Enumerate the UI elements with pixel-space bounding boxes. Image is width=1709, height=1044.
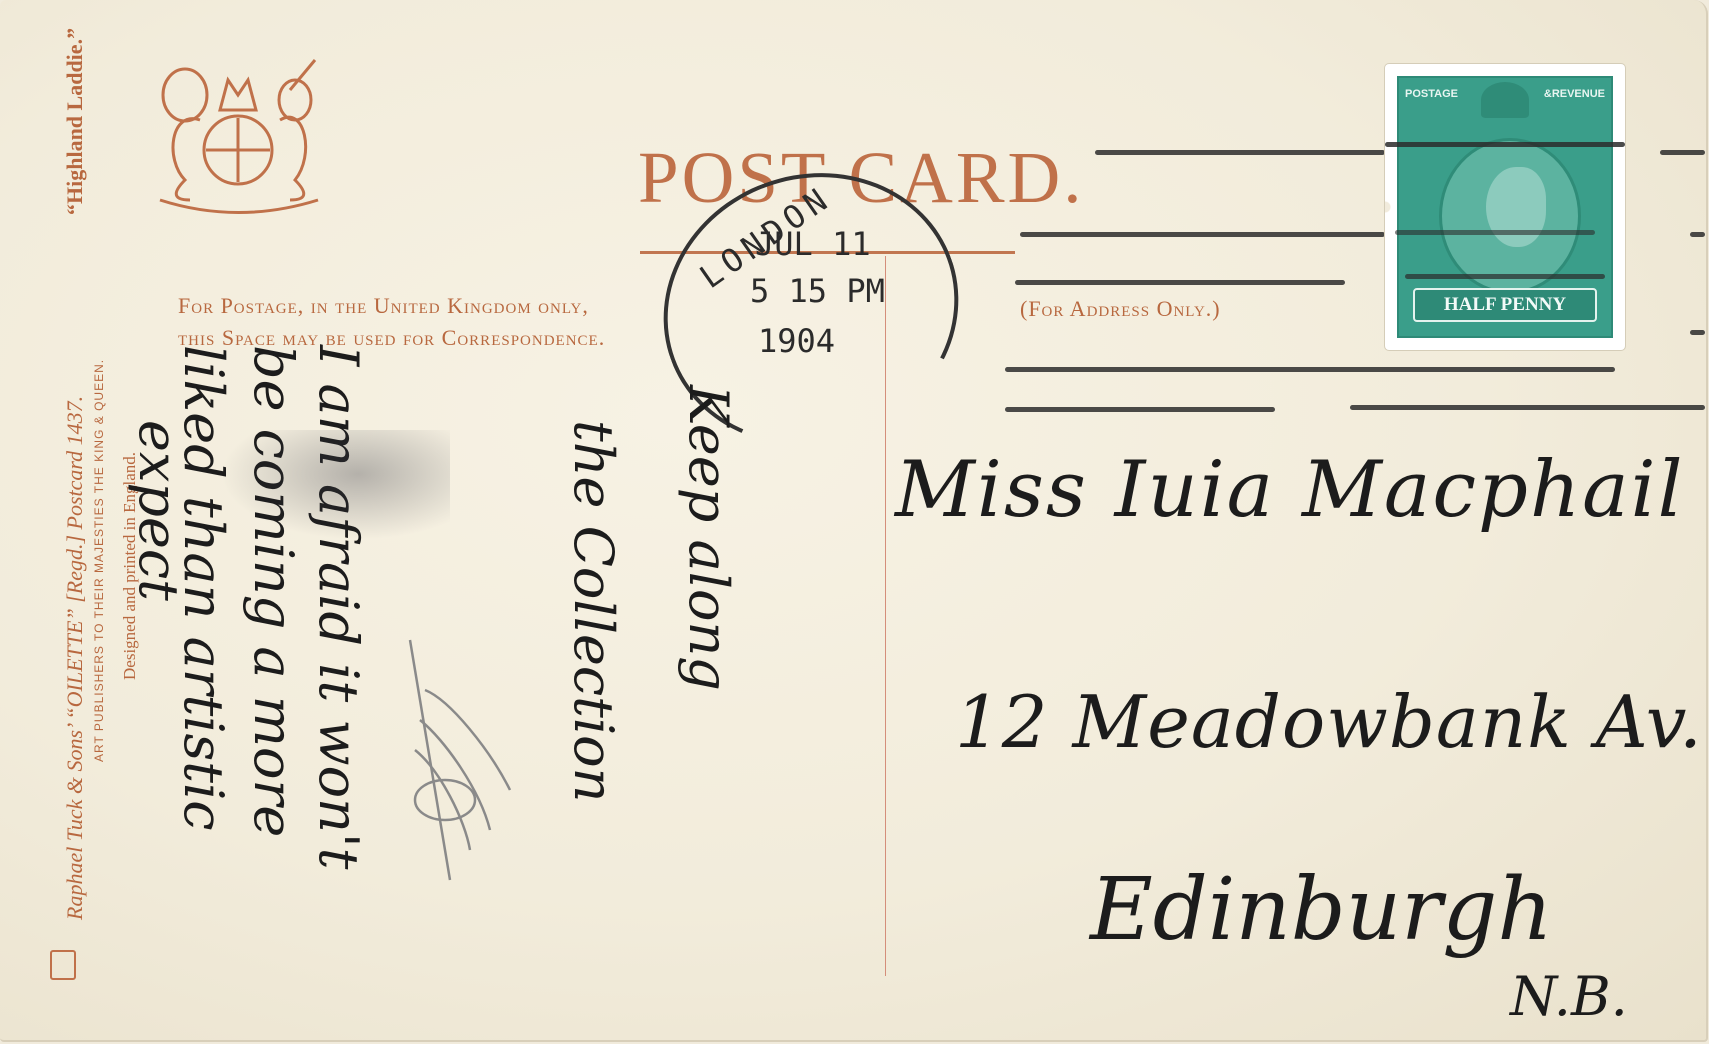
postmark-year: 1904 — [758, 322, 835, 360]
publisher-line: Raphael Tuck & Sons’ “OILETTE” [Regd.] P… — [62, 396, 88, 920]
postcard-back: “Highland Laddie.” Raphael Tuck & Sons’ … — [0, 0, 1708, 1042]
pencil-monogram-icon — [390, 630, 520, 890]
king-portrait-icon — [1439, 138, 1581, 294]
ink-smudge — [220, 430, 450, 540]
address-region: N.B. — [1510, 965, 1628, 1028]
address-recipient: Miss Iuia Macphail — [895, 445, 1685, 535]
message-line: the Collection — [562, 420, 625, 802]
address-street: 12 Meadowbank Av. — [955, 680, 1703, 764]
postage-stamp: POSTAGE &REVENUE HALF PENNY — [1385, 64, 1625, 350]
tuck-logo-icon — [50, 950, 76, 980]
stamp-value: HALF PENNY — [1413, 288, 1597, 322]
message-line: I am afraid it won't — [307, 345, 370, 869]
message-line: expect — [127, 420, 190, 601]
stamp-top-right: &REVENUE — [1544, 88, 1605, 110]
stamp-top-left: POSTAGE — [1405, 88, 1458, 110]
series-title: “Highland Laddie.” — [62, 28, 88, 215]
royal-crest-icon — [140, 50, 335, 215]
postmark-time: 5 15 PM — [750, 272, 885, 310]
message-line: be coming a more — [242, 345, 305, 837]
postmark-date: JUL 11 — [755, 225, 871, 263]
address-label: (For Address Only.) — [1020, 296, 1221, 322]
message-line: Keep along — [677, 385, 740, 691]
correspondence-note-line1: For Postage, in the United Kingdom only, — [178, 293, 589, 319]
address-city: Edinburgh — [1090, 860, 1553, 960]
publisher-warrant: ART PUBLISHERS TO THEIR MAJESTIES THE KI… — [92, 359, 106, 762]
